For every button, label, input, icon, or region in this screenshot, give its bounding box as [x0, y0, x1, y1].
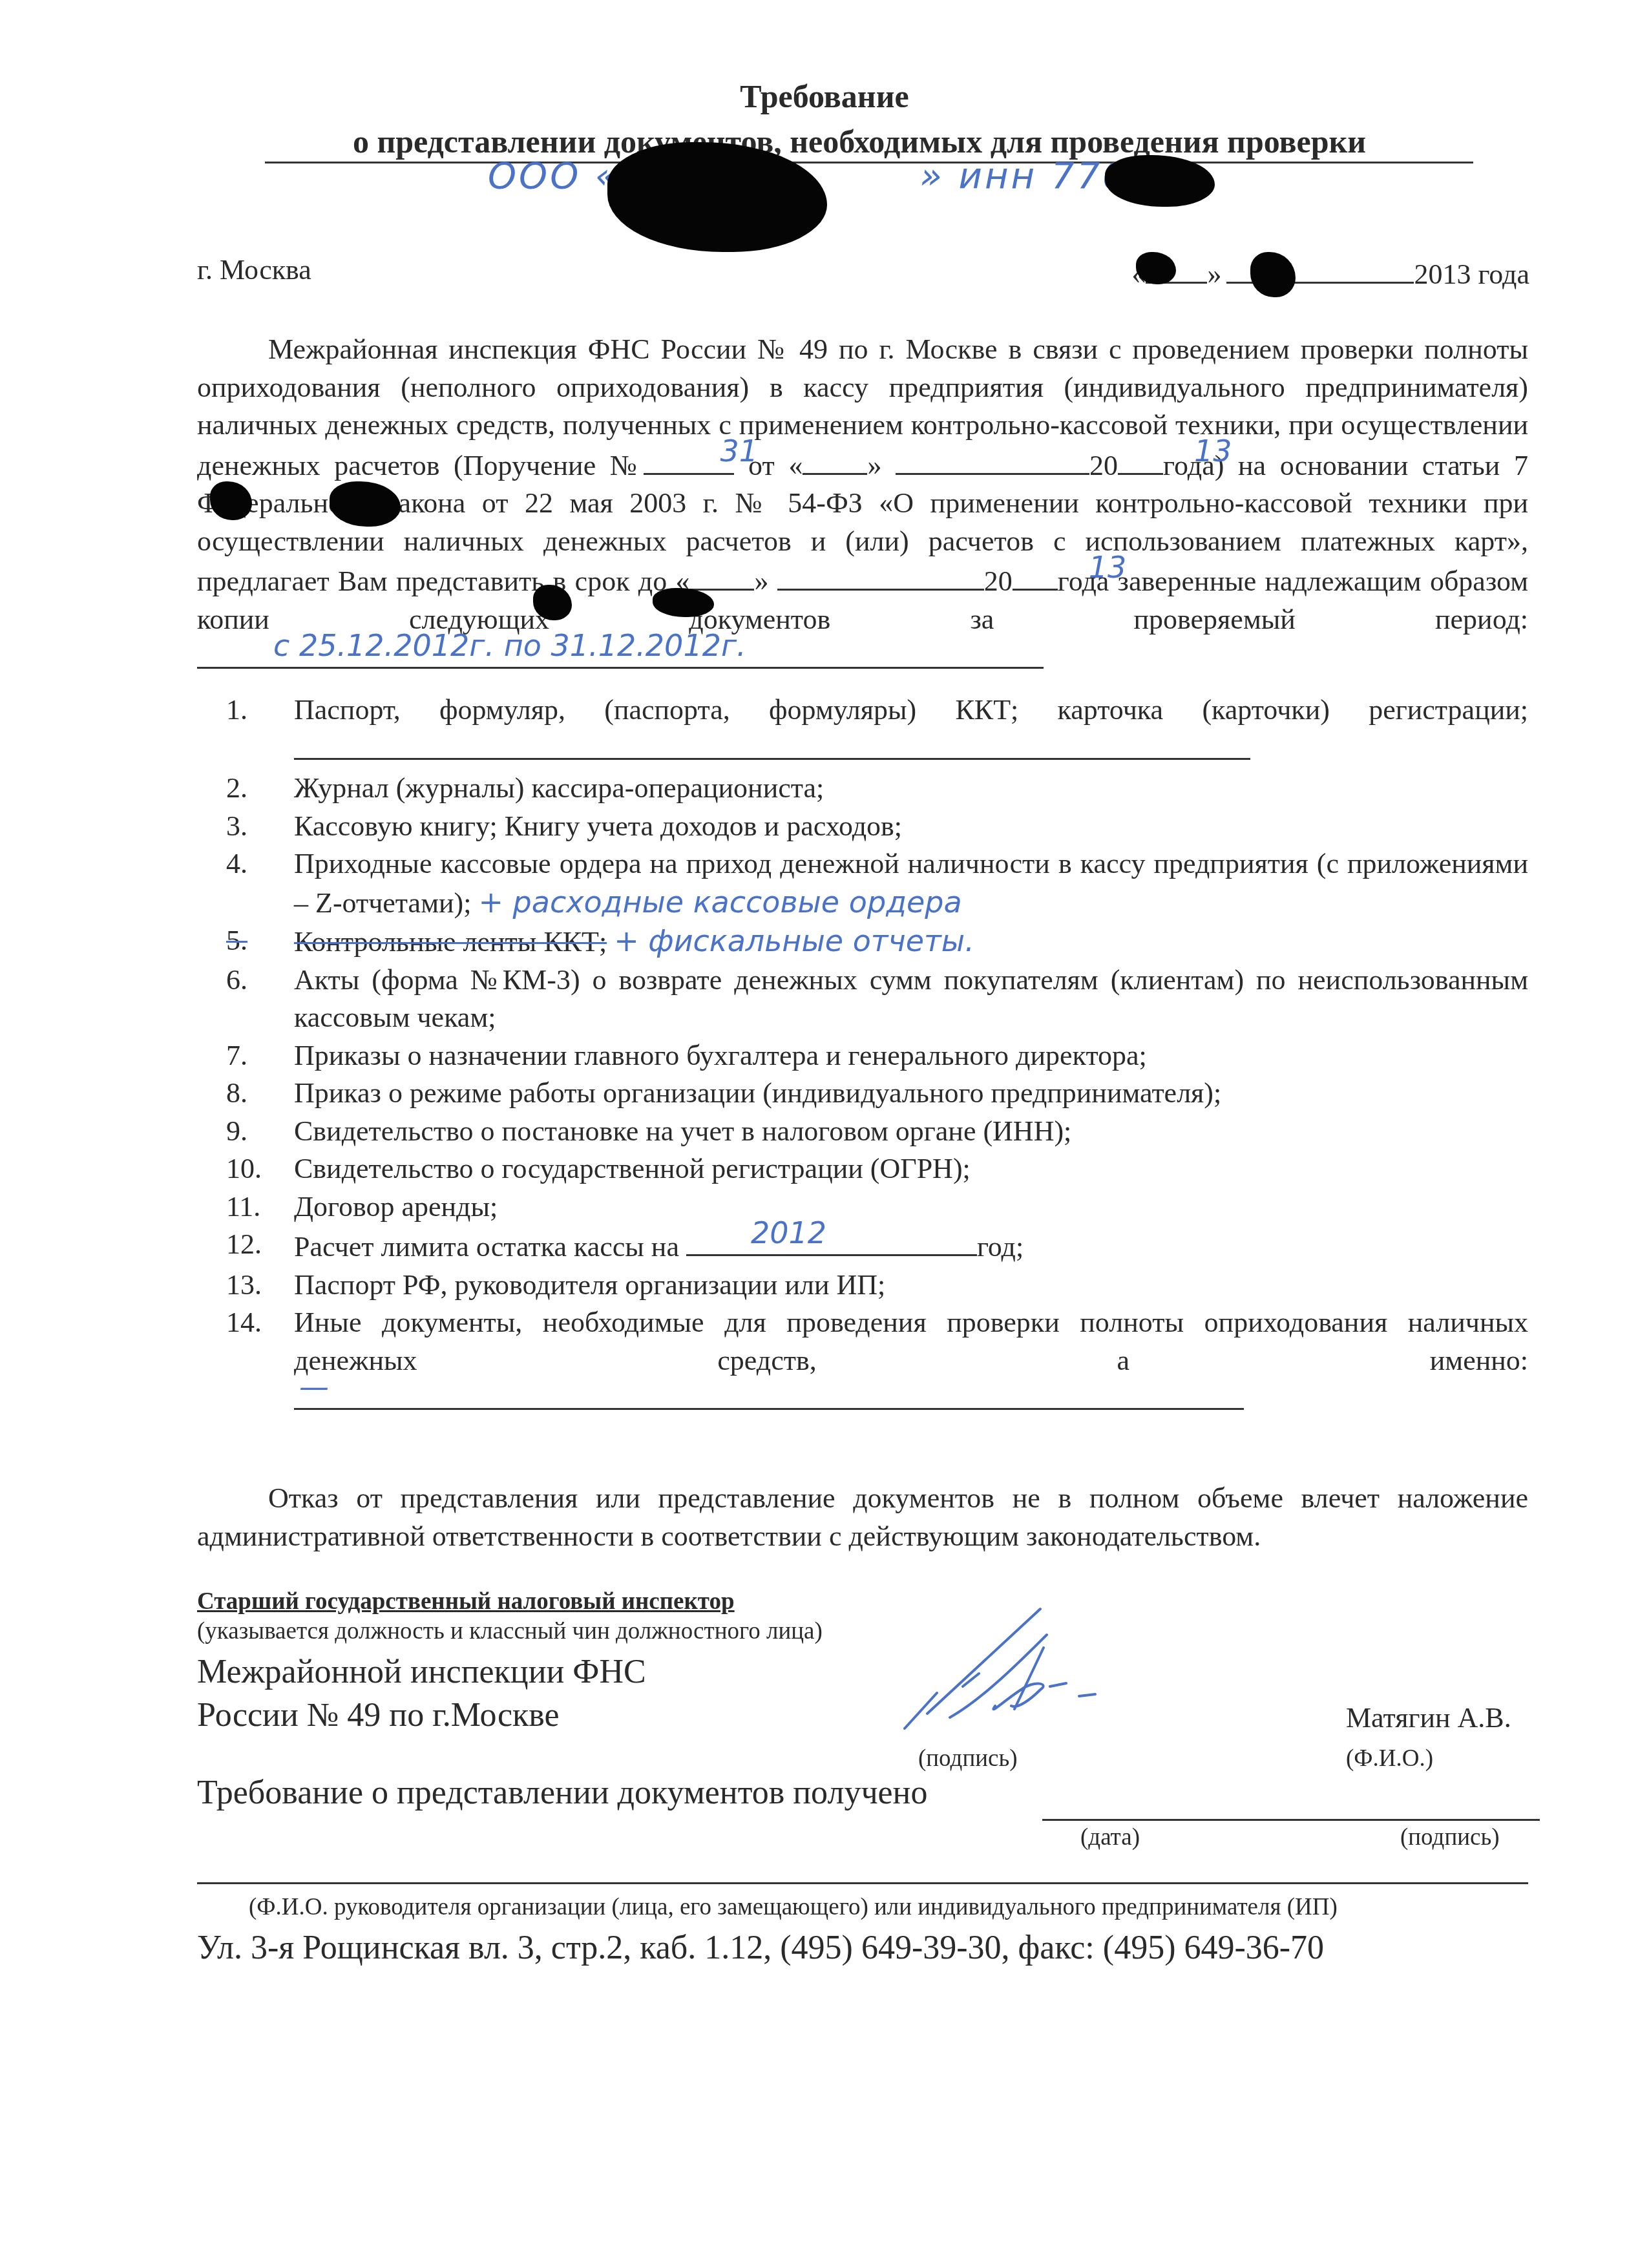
struck-text: Контрольные ленты ККТ; [294, 926, 607, 958]
item-text: Контрольные ленты ККТ; + фискальные отче… [294, 922, 1528, 961]
list-item: 10.Свидетельство о государственной регис… [226, 1150, 1528, 1188]
list-item: 12.Расчет лимита остатка кассы на 2012го… [226, 1226, 1528, 1266]
list-item: 2.Журнал (журналы) кассира-операциониста… [226, 770, 1528, 808]
list-item: 7.Приказы о назначении главного бухгалте… [226, 1037, 1528, 1075]
liability-warning: Отказ от представления или представление… [197, 1480, 1528, 1555]
list-item: 14.Иные документы, необходимые для прове… [226, 1304, 1528, 1420]
intro-text: 20 [1089, 450, 1118, 481]
item-text: Иные документы, необходимые для проведен… [294, 1304, 1528, 1420]
item-number: 3. [226, 808, 294, 846]
item-number: 13. [226, 1266, 294, 1305]
list-item: 13.Паспорт РФ, руководителя организации … [226, 1266, 1528, 1305]
list-item: 1.Паспорт, формуляр, (паспорта, формуляр… [226, 691, 1528, 770]
item-text: Приказ о режиме работы организации (инди… [294, 1075, 1528, 1113]
item-text: Акты (форма №КМ-3) о возврате денежных с… [294, 961, 1528, 1037]
handwritten-addition: + фискальные отчеты. [614, 923, 974, 958]
item-text: Кассовую книгу; Книгу учета доходов и ра… [294, 808, 1528, 846]
date-year: 2013 года [1414, 258, 1529, 290]
inspector-signature-icon [892, 1602, 1111, 1745]
receipt-signature-label: (подпись) [1400, 1823, 1500, 1851]
inspection-address: Ул. 3-я Рощинская вл. 3, стр.2, каб. 1.1… [197, 1929, 1324, 1967]
inspector-position-note: (указывается должность и классный чин до… [197, 1617, 823, 1645]
inspector-name: Матягин А.В. [1346, 1701, 1511, 1734]
org-type-handwritten: ООО « [488, 155, 620, 197]
period-handwritten: с 25.12.2012г. по 31.12.2012г. [202, 627, 746, 665]
item-number: 11. [226, 1188, 294, 1226]
item-number: 2. [226, 770, 294, 808]
order-number-handwritten: 31 [649, 432, 758, 470]
list-item: 3.Кассовую книгу; Книгу учета доходов и … [226, 808, 1528, 846]
deadline-year-field: 13 [1013, 560, 1058, 591]
item-number: 8. [226, 1075, 294, 1113]
item-number: 4. [226, 845, 294, 922]
document-title: Требование [0, 78, 1649, 115]
document-page: Требование о представлении документов, н… [0, 0, 1649, 2268]
item-text: Свидетельство о постановке на учет в нал… [294, 1113, 1528, 1151]
item-text: Журнал (журналы) кассира-операциониста; [294, 770, 1528, 808]
list-item: 6.Акты (форма №КМ-3) о возврате денежных… [226, 961, 1528, 1037]
item-text: Паспорт РФ, руководителя организации или… [294, 1266, 1528, 1305]
item-text: Приказы о назначении главного бухгалтера… [294, 1037, 1528, 1075]
signature-label: (подпись) [918, 1745, 1018, 1772]
other-documents-field: — [294, 1380, 1244, 1410]
receipt-date-label: (дата) [1080, 1823, 1140, 1851]
deadline-day-field [689, 560, 754, 591]
receipt-field-line [1042, 1819, 1540, 1821]
intro-text: » [867, 450, 881, 481]
list-item: 9.Свидетельство о постановке на учет в н… [226, 1113, 1528, 1151]
item-text: Приходные кассовые ордера на приход дене… [294, 845, 1528, 922]
item-text: Расчет лимита остатка кассы на 2012год; [294, 1226, 1528, 1266]
registration-field [294, 730, 1250, 760]
other-documents-handwritten: — [299, 1368, 329, 1406]
list-item: 11.Договор аренды; [226, 1188, 1528, 1226]
item-number: 10. [226, 1150, 294, 1188]
inspector-position: Старший государственный налоговый инспек… [197, 1588, 735, 1615]
handwritten-addition: + расходные кассовые ордера [478, 885, 961, 919]
cash-limit-year-handwritten: 2012 [751, 1214, 826, 1252]
item-number: 14. [226, 1304, 294, 1420]
cash-limit-year-field: 2012 [686, 1226, 977, 1256]
order-year-handwritten: 13 [1123, 432, 1232, 470]
deadline-month-field [777, 560, 984, 591]
item-number: 9. [226, 1113, 294, 1151]
list-item: 8.Приказ о режиме работы организации (ин… [226, 1075, 1528, 1113]
inspection-name-line1: Межрайонной инспекции ФНС [197, 1653, 646, 1691]
period-field: с 25.12.2012г. по 31.12.2012г. [197, 638, 1044, 669]
list-item: 5.Контрольные ленты ККТ; + фискальные от… [226, 922, 1528, 961]
date-quote-close: » [1207, 258, 1221, 290]
order-day-field [803, 445, 867, 475]
intro-text: » [754, 565, 768, 597]
deadline-year-handwritten: 13 [1018, 549, 1127, 587]
document-date: «»2013 года [1131, 253, 1529, 291]
list-item: 4.Приходные кассовые ордера на приход де… [226, 845, 1528, 922]
item-number: 12. [226, 1226, 294, 1266]
item-number: 7. [226, 1037, 294, 1075]
intro-text: 20 [984, 565, 1013, 597]
item-number: 1. [226, 691, 294, 770]
item-text: Договор аренды; [294, 1188, 1528, 1226]
inspection-name-line2: России № 49 по г.Москве [197, 1696, 560, 1734]
city-label: г. Москва [197, 253, 311, 286]
order-year-field: 13 [1118, 445, 1163, 475]
order-number-field: 31 [644, 445, 734, 475]
item-number: 5. [226, 922, 294, 961]
order-month-field [896, 445, 1089, 475]
item-number: 6. [226, 961, 294, 1037]
item-text: Паспорт, формуляр, (паспорта, формуляры)… [294, 691, 1528, 770]
head-name-label: (Ф.И.О. руководителя организации (лица, … [249, 1893, 1338, 1921]
name-label: (Ф.И.О.) [1346, 1745, 1433, 1772]
item-text: Свидетельство о государственной регистра… [294, 1150, 1528, 1188]
head-name-field-line [197, 1882, 1528, 1884]
receipt-statement: Требование о представлении документов по… [197, 1774, 927, 1812]
documents-list: 1.Паспорт, формуляр, (паспорта, формуляр… [226, 691, 1528, 1420]
